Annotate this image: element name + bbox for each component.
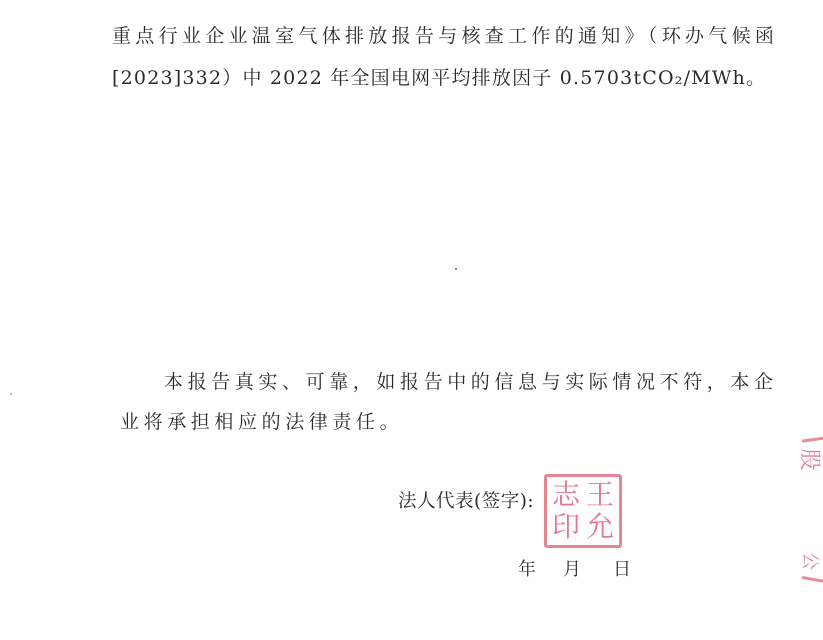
- personal-seal-stamp: 志 王 印 允: [544, 474, 622, 548]
- signature-label: 法人代表(签字):: [398, 487, 534, 513]
- declaration-line-2: 业将承担相应的法律责任。: [120, 407, 403, 434]
- seal-char: 允: [583, 511, 617, 543]
- seal-char: 志: [549, 479, 583, 511]
- seal-border: [802, 576, 823, 583]
- date-line: 年月日: [518, 555, 631, 581]
- scan-speck: [10, 393, 12, 395]
- seal-char: 公: [798, 552, 823, 570]
- scan-speck: [455, 268, 457, 270]
- seal-border: [802, 436, 823, 442]
- paragraph-line-1: 重点行业企业温室气体排放报告与核查工作的通知》（环办气候函: [112, 21, 778, 48]
- company-seal-partial: 股 公: [800, 438, 823, 588]
- declaration-line-1: 本报告真实、可靠，如报告中的信息与实际情况不符，本企: [164, 367, 778, 394]
- seal-char: 王: [583, 479, 617, 511]
- paragraph-line-2: [2023]332）中 2022 年全国电网平均排放因子 0.5703tCO₂/…: [112, 63, 766, 90]
- date-year: 年: [518, 555, 563, 581]
- seal-char: 股: [796, 448, 823, 470]
- date-day: 日: [613, 555, 631, 581]
- seal-char: 印: [549, 511, 583, 543]
- date-month: 月: [563, 555, 613, 581]
